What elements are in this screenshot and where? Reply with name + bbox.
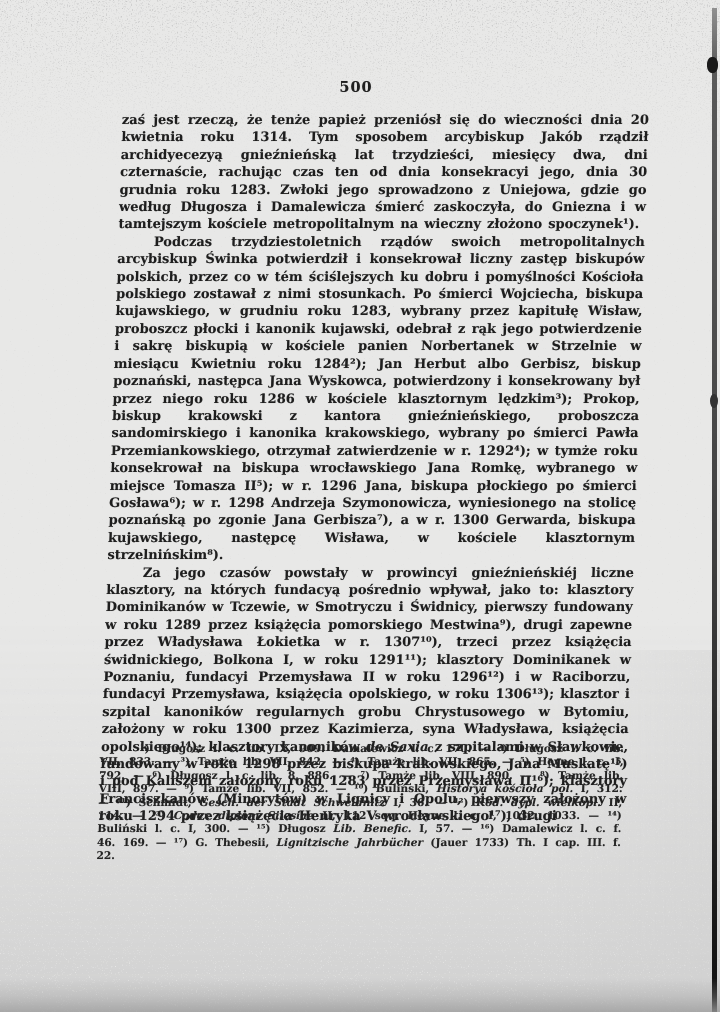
footnotes: ¹) Długosz l. c. lib. IX, 909. Damalewic… [96, 743, 624, 864]
italic-text-run: Lib. Benefic. [333, 823, 412, 835]
scan-edge-artifact [712, 8, 717, 1012]
text-run: Podczas trzydziestoletnich rządów swoich… [107, 235, 645, 563]
italic-text-run: Kod. dypl. wielkopl. [476, 797, 601, 809]
text-run: Za jego czasów powstały w prowincyi gnie… [101, 566, 634, 755]
scan-edge-blob [710, 394, 718, 408]
body-text: zaś jest rzeczą, że tenże papież przenió… [98, 112, 649, 826]
italic-text-run: Codex diplom Silesiae [174, 810, 314, 822]
text-run: I, 36. — ¹²) [385, 797, 476, 809]
paragraph: Podczas trzydziestoletnich rządów swoich… [107, 234, 645, 565]
scanned-book-page: 500 zaś jest rzeczą, że tenże papież prz… [0, 0, 720, 1012]
italic-text-run: Lignitzische Jahrbücher [276, 837, 423, 849]
text-block: zaś jest rzeczą, że tenże papież przenió… [0, 0, 720, 1012]
paragraph: zaś jest rzeczą, że tenże papież przenió… [118, 112, 649, 234]
text-run: zaś jest rzeczą, że tenże papież przenió… [118, 113, 649, 232]
italic-text-run: Gesch. der Stadt Schweidnitz [199, 797, 385, 809]
italic-text-run: Historya kościoła pol. [436, 783, 573, 795]
scan-edge-blob [707, 57, 718, 73]
